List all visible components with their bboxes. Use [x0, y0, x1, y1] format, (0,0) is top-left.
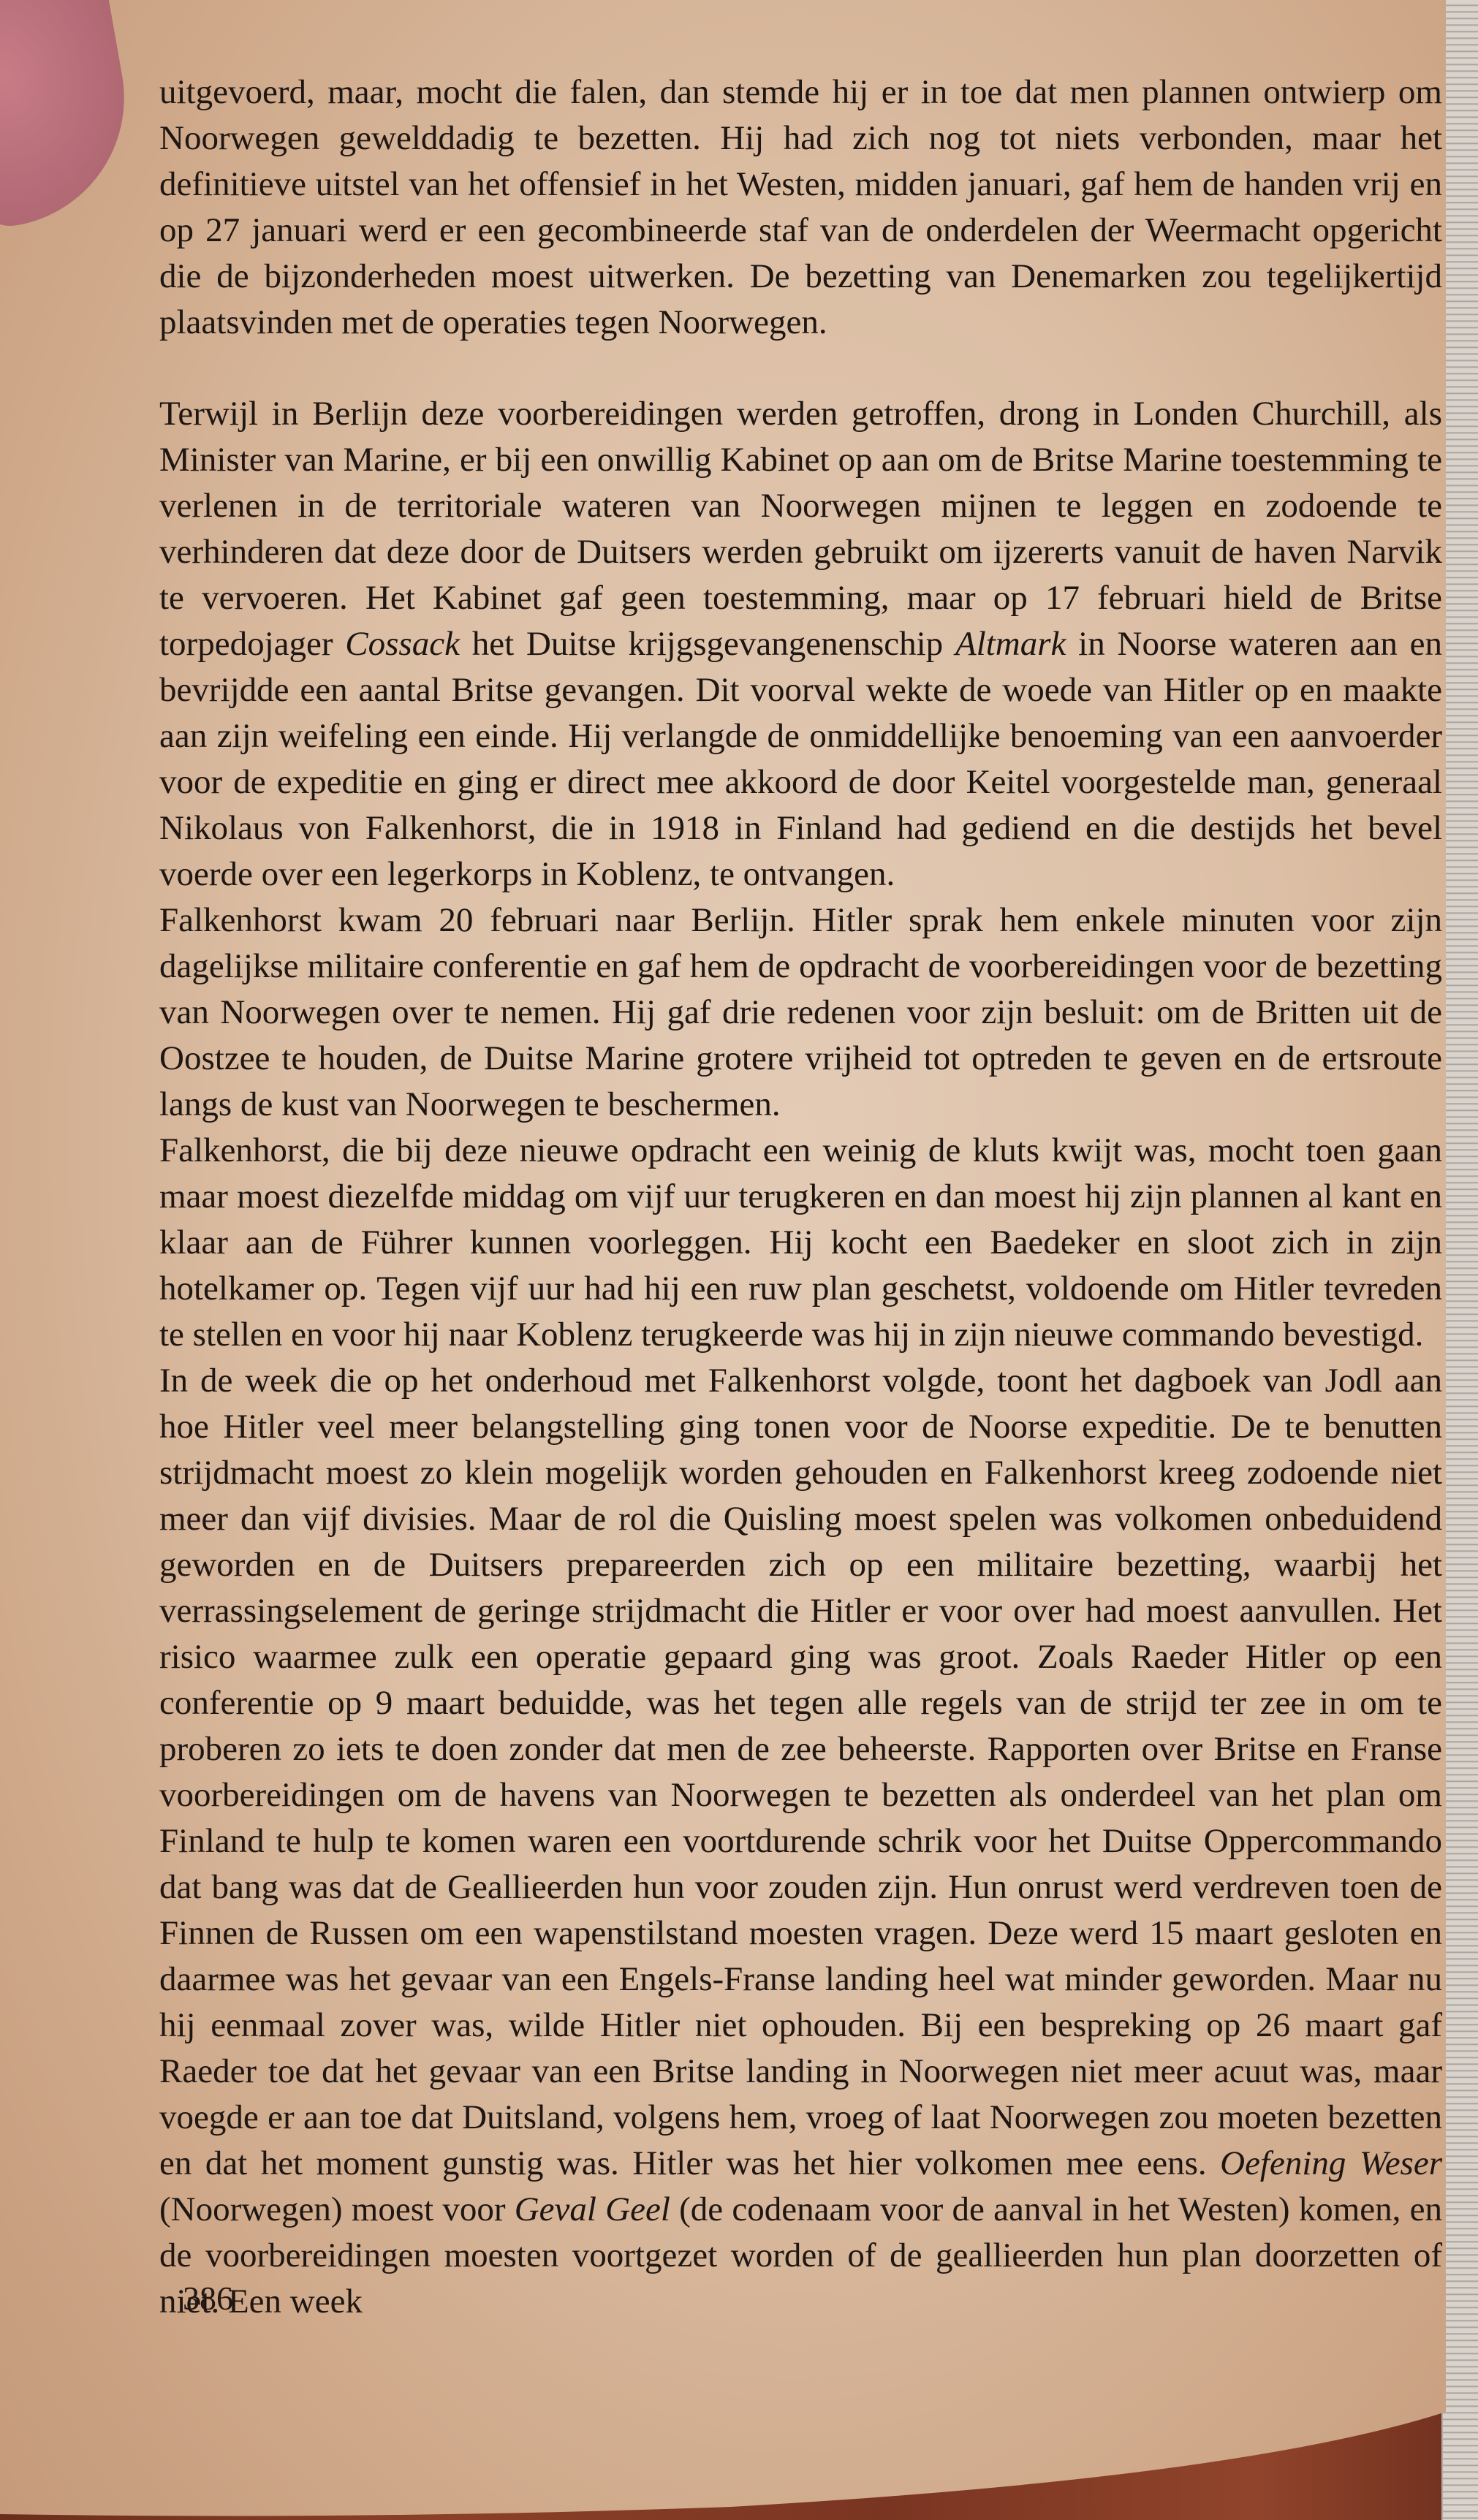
text-run: In de week die op het onderhoud met Falk…	[159, 1362, 1442, 2182]
paragraph: Falkenhorst kwam 20 februari naar Berlij…	[159, 897, 1442, 1128]
paragraph: uitgevoerd, maar, mocht die falen, dan s…	[159, 69, 1442, 346]
text-run: Falkenhorst kwam 20 februari naar Berlij…	[159, 901, 1442, 1123]
next-page-edge	[1441, 0, 1478, 2520]
text-run: (Noorwegen) moest voor	[159, 2190, 515, 2228]
text-run: Terwijl in Berlijn deze voorbereidingen …	[159, 395, 1442, 663]
book-page: uitgevoerd, maar, mocht die falen, dan s…	[0, 0, 1446, 2520]
text-run: het Duitse krijgsgevangenenschip	[460, 625, 955, 663]
text-run: uitgevoerd, maar, mocht die falen, dan s…	[159, 73, 1442, 341]
italic-term: Cossack	[345, 625, 460, 663]
text-run: in Noorse wateren aan en bevrijdde een a…	[159, 625, 1442, 893]
paragraph: Terwijl in Berlijn deze voorbereidingen …	[159, 391, 1442, 897]
italic-term: Altmark	[955, 625, 1066, 663]
italic-term: Geval Geel	[515, 2190, 670, 2228]
page-number: 386	[183, 2279, 233, 2318]
text-run: Falkenhorst, die bij deze nieuwe opdrach…	[159, 1131, 1442, 1354]
paragraph: Falkenhorst, die bij deze nieuwe opdrach…	[159, 1128, 1442, 1358]
paragraph: In de week die op het onderhoud met Falk…	[159, 1358, 1442, 2325]
italic-term: Oefening Weser	[1220, 2144, 1442, 2182]
page-body-text: uitgevoerd, maar, mocht die falen, dan s…	[159, 69, 1442, 2325]
